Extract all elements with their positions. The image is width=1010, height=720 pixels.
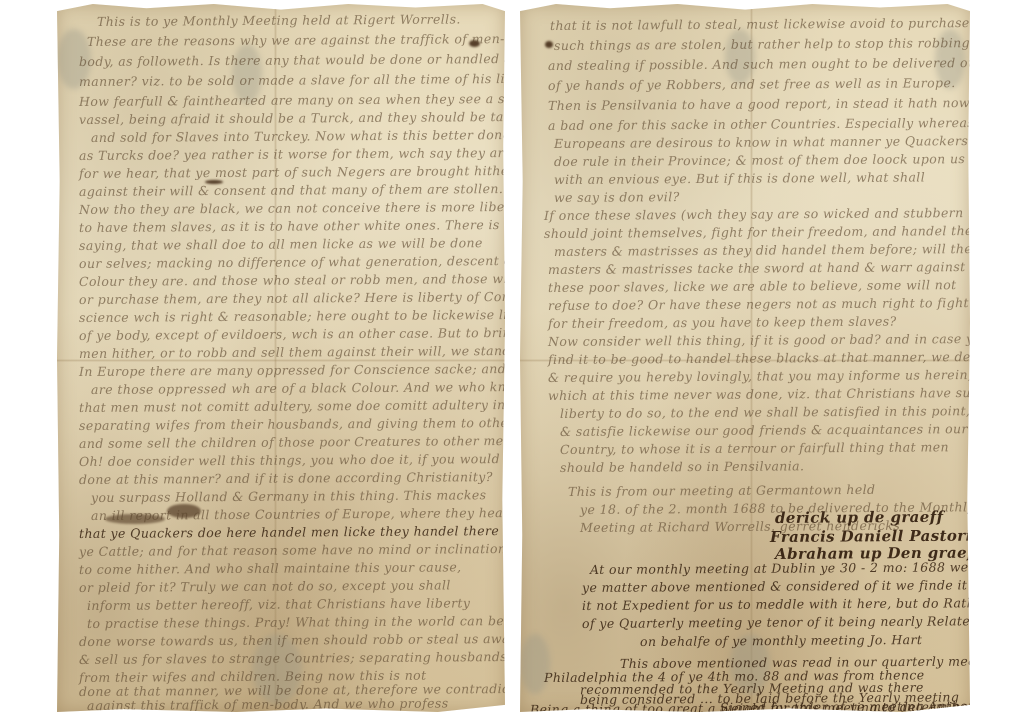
handwritten-line: science wch is right & reasonable; here …	[79, 307, 543, 325]
handwritten-line: liberty to do so, to the end we shall be…	[560, 403, 971, 421]
handwritten-line: manner? viz. to be sold or made a slave …	[79, 71, 525, 89]
handwritten-line: against this traffick of men-body. And w…	[87, 695, 449, 713]
endorsement-signature: Signed by order of ye meeting Anthony Mo…	[720, 698, 1010, 715]
handwritten-line: masters & mastrisses as they did handel …	[554, 241, 987, 259]
handwritten-line: of ye body, except of evildoers, wch is …	[79, 325, 520, 343]
handwritten-line: doe rule in their Province; & most of th…	[554, 151, 965, 169]
handwritten-line: with an envious eye. But if this is done…	[554, 169, 925, 187]
handwritten-line: you surpass Holland & Germany in this th…	[91, 487, 487, 505]
water-stain	[520, 634, 550, 694]
handwritten-line: done at this manner? and if it is done a…	[79, 469, 493, 487]
handwritten-line: find it to be good to handel these black…	[548, 349, 996, 367]
handwritten-line: that it is not lawfull to steal, must li…	[550, 15, 970, 33]
handwritten-line: and sold for Slaves into Turckey. Now wh…	[91, 127, 515, 145]
handwritten-line: or pleid for it? Truly we can not do so,…	[79, 577, 451, 595]
manuscript-page-left: This is to ye Monthly Meeting held at Ri…	[57, 4, 505, 712]
handwritten-line: Then is Pensilvania to have a good repor…	[548, 95, 970, 113]
handwritten-line: our selves; macking no difference of wha…	[79, 253, 518, 271]
handwritten-line: as Turcks doe? yea rather is it worse fo…	[79, 144, 585, 163]
handwritten-line: separating wifes from their housbands, a…	[79, 415, 522, 433]
handwritten-line: to come hither. And who shall maintaine …	[79, 559, 462, 577]
handwritten-line: Now consider well this thing, if it is g…	[548, 331, 990, 349]
handwritten-line: refuse to doe? Or have these negers not …	[548, 295, 969, 313]
handwritten-line: Now tho they are black, we can not conce…	[79, 199, 524, 217]
handwritten-line: Europeans are desirous to know in what m…	[554, 133, 968, 151]
endorsement-line: on behalfe of ye monthly meeting Jo. Har…	[640, 632, 922, 649]
handwritten-line: that ye Quackers doe here handel men lic…	[79, 523, 499, 541]
handwritten-line: ye Cattle; and for that reason some have…	[79, 541, 506, 559]
manuscript-page-right: that it is not lawfull to steal, must li…	[520, 4, 970, 712]
handwritten-line: & satisfie lickewise our good friends & …	[560, 421, 1003, 439]
handwritten-line: Country, to whose it is a terrour or fai…	[560, 439, 949, 457]
handwritten-line: to have them slaves, as it is to have ot…	[79, 217, 512, 235]
handwritten-line: masters & mastrisses tacke the sword at …	[548, 259, 966, 277]
handwritten-line: for we hear, that ye most part of such N…	[79, 163, 515, 181]
handwritten-line: such things as are stolen, but rather he…	[554, 35, 970, 53]
handwritten-line: are those oppressed wh are of a black Co…	[91, 379, 525, 397]
handwritten-line: for their freedom, as you have to keep t…	[548, 314, 897, 331]
endorsement-line: of ye Quarterly meeting ye tenor of it b…	[582, 613, 1010, 631]
handwritten-line: that men must not comitt adultery, some …	[79, 397, 557, 415]
handwritten-line: This is from our meeting at Germantown h…	[568, 482, 876, 499]
endorsement-line: At our monthly meeting at Dublin ye 30 -…	[590, 559, 1010, 577]
handwritten-line: to practise these things. Pray! What thi…	[87, 613, 504, 631]
signature: derick up de graeff	[775, 508, 944, 527]
handwritten-line: & sell us for slaves to strange Countrie…	[79, 649, 507, 667]
handwritten-line: Colour they are. and those who steal or …	[79, 271, 549, 289]
ink-blot	[545, 41, 553, 48]
handwritten-line: How fearfull & fainthearted are many on …	[79, 91, 549, 109]
handwritten-line: we say is don evil?	[554, 189, 680, 205]
handwritten-line: and stealing if possible. And such men o…	[548, 55, 982, 73]
handwritten-line: a bad one for this sacke in other Countr…	[548, 115, 994, 133]
handwritten-line: Oh! doe consider well this things, you w…	[79, 451, 521, 469]
endorsement-line: ye matter above mentioned & considered o…	[582, 576, 1010, 595]
handwritten-line: & require you hereby lovingly, that you …	[548, 367, 972, 385]
handwritten-line: of ye hands of ye Robbers, and set free …	[548, 75, 956, 93]
handwritten-line: vassel, being afraid it should be a Turc…	[79, 109, 540, 127]
handwritten-line: which at this time never was done, viz. …	[548, 385, 999, 403]
endorsement-line: it not Expedient for us to meddle with i…	[582, 594, 1010, 613]
handwritten-line: and some sell the children of those poor…	[79, 433, 517, 451]
handwritten-line: body, as followeth. Is there any that wo…	[79, 51, 547, 69]
handwritten-line: inform us better hereoff, viz. that Chri…	[87, 595, 470, 613]
handwritten-line: should be handeld so in Pensilvania.	[560, 458, 804, 475]
handwritten-line: against their will & consent and that ma…	[79, 181, 503, 199]
handwritten-line: If once these slaves (wch they say are s…	[544, 205, 1002, 223]
handwritten-line: done worse towards us, then if men shoul…	[79, 631, 520, 649]
handwritten-line: saying, that we shall doe to all men lic…	[79, 235, 483, 253]
handwritten-line: In Europe there are many oppressed for C…	[79, 360, 581, 379]
handwritten-line: these poor slaves, licke we are able to …	[548, 277, 957, 295]
handwritten-line: This is to ye Monthly Meeting held at Ri…	[97, 11, 461, 29]
handwritten-line: should joint themselves, fight for their…	[544, 223, 984, 241]
handwritten-line: or purchase them, are they not all alick…	[79, 289, 515, 307]
handwritten-line: an ill report in all those Countries of …	[91, 505, 536, 523]
handwritten-line: These are the reasons why we are against…	[87, 31, 505, 49]
